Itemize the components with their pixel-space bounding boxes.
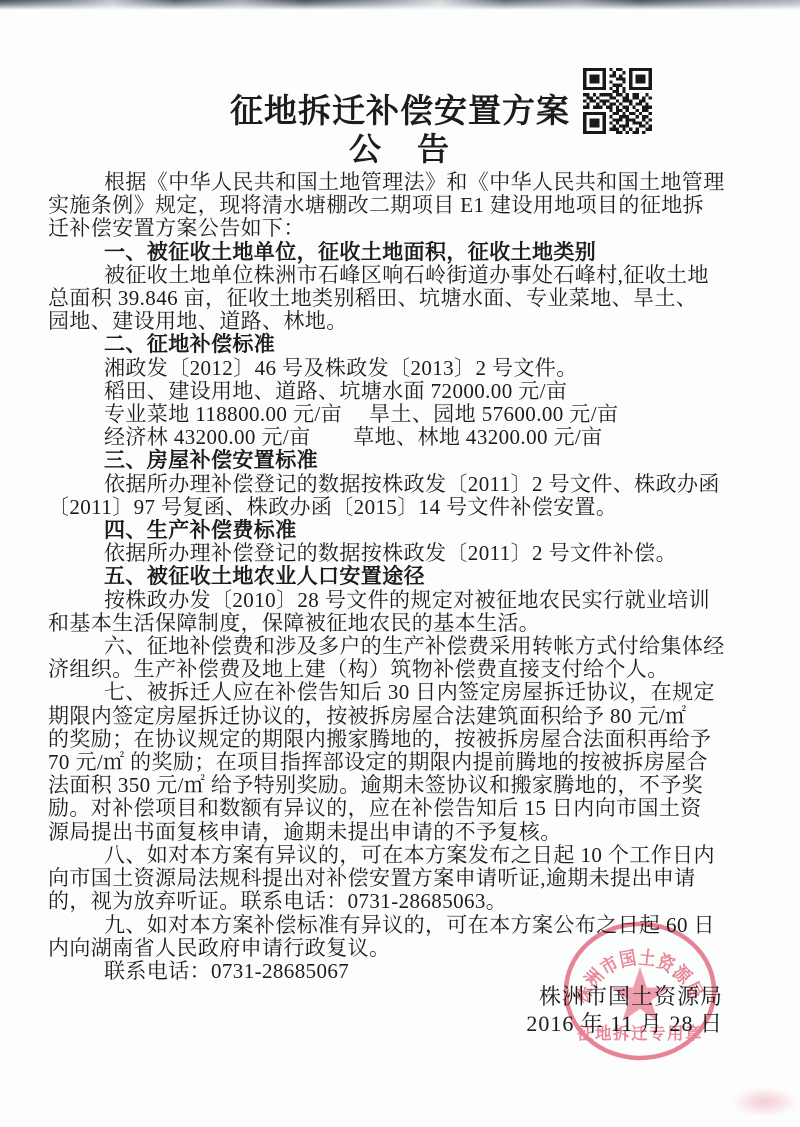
qr-module bbox=[636, 109, 639, 112]
qr-module bbox=[626, 125, 629, 128]
qr-module bbox=[593, 106, 596, 109]
qr-module bbox=[583, 121, 586, 124]
qr-module bbox=[636, 87, 639, 90]
qr-module bbox=[639, 68, 642, 71]
qr-module bbox=[645, 93, 648, 96]
qr-module bbox=[593, 68, 596, 71]
qr-module bbox=[622, 112, 625, 115]
qr-module bbox=[586, 87, 589, 90]
qr-module bbox=[613, 118, 616, 121]
qr-module bbox=[639, 103, 642, 106]
qr-module bbox=[616, 99, 619, 102]
qr-module bbox=[632, 131, 635, 134]
qr-module bbox=[649, 128, 652, 131]
qr-module bbox=[613, 112, 616, 115]
qr-code-icon bbox=[583, 68, 652, 134]
qr-module bbox=[642, 106, 645, 109]
stamp-bottom-text: 征地拆迁专用章 bbox=[577, 1023, 703, 1043]
qr-module bbox=[636, 115, 639, 118]
qr-module bbox=[642, 118, 645, 121]
document-line: 励。对补偿项目和数额有异议的，应在补偿告知后 15 日内向市国土资 bbox=[48, 797, 760, 820]
qr-module bbox=[649, 84, 652, 87]
qr-module bbox=[629, 71, 632, 74]
document-line: 七、被拆迁人应在补偿告知后 30 日内签定房屋拆迁协议，在规定 bbox=[48, 681, 760, 704]
document-line: 六、征地补偿费和涉及多户的生产补偿费采用转帐方式付给集体经 bbox=[48, 635, 760, 658]
qr-module bbox=[645, 103, 648, 106]
section-heading-line: 一、被征收土地单位，征收土地面积，征收土地类别 bbox=[48, 241, 760, 264]
document-line: 和基本生活保障制度，保障被征地农民的基本生活。 bbox=[48, 612, 760, 635]
qr-module bbox=[603, 118, 606, 121]
qr-module bbox=[616, 87, 619, 90]
qr-module bbox=[636, 77, 639, 80]
document-line: 法面积 350 元/㎡ 给予特别奖励。逾期未签协议和搬家腾地的，不予奖 bbox=[48, 774, 760, 797]
qr-module bbox=[593, 99, 596, 102]
qr-module bbox=[583, 77, 586, 80]
qr-module bbox=[586, 96, 589, 99]
document-line: 依据所办理补偿登记的数据按株政发〔2011〕2 号文件、株政办函 bbox=[48, 473, 760, 496]
qr-module bbox=[649, 68, 652, 71]
qr-module bbox=[586, 106, 589, 109]
qr-module bbox=[626, 106, 629, 109]
scanner-edge-artifact bbox=[0, 0, 800, 10]
qr-module bbox=[583, 84, 586, 87]
qr-module bbox=[622, 90, 625, 93]
qr-module bbox=[586, 68, 589, 71]
document-line: 按株政办发〔2010〕28 号文件的规定对被征地农民实行就业培训 bbox=[48, 589, 760, 612]
document-line: 期限内签定房屋拆迁协议的，按被拆房屋合法建筑面积给予 80 元/㎡ bbox=[48, 705, 760, 728]
qr-module bbox=[632, 106, 635, 109]
qr-module bbox=[596, 96, 599, 99]
qr-module bbox=[583, 93, 586, 96]
qr-module bbox=[622, 96, 625, 99]
section-heading-line: 五、被征收土地农业人口安置途径 bbox=[48, 565, 760, 588]
document-title: 征地拆迁补偿安置方案 bbox=[0, 93, 800, 131]
qr-module bbox=[609, 93, 612, 96]
qr-module bbox=[632, 87, 635, 90]
qr-module bbox=[616, 84, 619, 87]
qr-module bbox=[636, 68, 639, 71]
qr-module bbox=[626, 93, 629, 96]
qr-module bbox=[629, 87, 632, 90]
qr-module bbox=[609, 96, 612, 99]
qr-module bbox=[622, 77, 625, 80]
qr-module bbox=[583, 128, 586, 131]
qr-module bbox=[619, 93, 622, 96]
qr-module bbox=[583, 131, 586, 134]
qr-module bbox=[583, 125, 586, 128]
qr-module bbox=[622, 125, 625, 128]
qr-module bbox=[590, 81, 593, 84]
qr-module bbox=[645, 68, 648, 71]
document-subtitle: 公 告 bbox=[0, 131, 800, 167]
qr-module bbox=[609, 109, 612, 112]
document-line: 被征收土地单位株洲市石峰区响石岭街道办事处石峰村,征收土地 bbox=[48, 264, 760, 287]
qr-module bbox=[613, 84, 616, 87]
qr-module bbox=[590, 131, 593, 134]
qr-module bbox=[590, 112, 593, 115]
stamp-star-icon bbox=[612, 967, 669, 1021]
qr-module bbox=[613, 96, 616, 99]
qr-module bbox=[586, 93, 589, 96]
qr-module bbox=[642, 81, 645, 84]
qr-module bbox=[616, 109, 619, 112]
qr-module bbox=[583, 81, 586, 84]
qr-module bbox=[649, 96, 652, 99]
qr-module bbox=[596, 81, 599, 84]
document-line: 实施条例》规定，现将清水塘棚改二期项目 E1 建设用地项目的征地拆 bbox=[48, 194, 760, 217]
qr-module bbox=[619, 109, 622, 112]
qr-module bbox=[616, 128, 619, 131]
qr-module bbox=[642, 96, 645, 99]
qr-module bbox=[636, 74, 639, 77]
document-line: 总面积 39.846 亩，征收土地类别稻田、坑塘水面、专业菜地、旱土、 bbox=[48, 287, 760, 310]
qr-module bbox=[616, 106, 619, 109]
qr-module bbox=[603, 128, 606, 131]
qr-module bbox=[639, 112, 642, 115]
qr-module bbox=[629, 84, 632, 87]
qr-module bbox=[636, 103, 639, 106]
qr-module bbox=[583, 112, 586, 115]
qr-module bbox=[596, 106, 599, 109]
qr-module bbox=[596, 131, 599, 134]
qr-module bbox=[593, 121, 596, 124]
qr-module bbox=[616, 93, 619, 96]
qr-module bbox=[586, 112, 589, 115]
qr-module bbox=[622, 81, 625, 84]
qr-module bbox=[642, 77, 645, 80]
qr-module bbox=[649, 118, 652, 121]
qr-module bbox=[603, 112, 606, 115]
qr-module bbox=[603, 84, 606, 87]
qr-module bbox=[593, 81, 596, 84]
qr-module bbox=[609, 74, 612, 77]
qr-module bbox=[616, 112, 619, 115]
qr-module bbox=[622, 71, 625, 74]
qr-module bbox=[645, 121, 648, 124]
qr-module bbox=[590, 77, 593, 80]
qr-module bbox=[593, 87, 596, 90]
scanned-document-page: 征地拆迁补偿安置方案 公 告 根据《中华人民共和国土地管理法》和《中华人民共和国… bbox=[0, 0, 800, 1127]
qr-module bbox=[603, 93, 606, 96]
qr-module bbox=[609, 106, 612, 109]
document-line: 根据《中华人民共和国土地管理法》和《中华人民共和国土地管理 bbox=[48, 171, 760, 194]
qr-module bbox=[583, 71, 586, 74]
qr-module bbox=[642, 115, 645, 118]
document-line: 专业菜地 118800.00 元/亩 旱土、园地 57600.00 元/亩 bbox=[48, 403, 760, 426]
qr-module bbox=[616, 90, 619, 93]
qr-module bbox=[629, 128, 632, 131]
qr-module bbox=[596, 125, 599, 128]
qr-module bbox=[603, 103, 606, 106]
qr-module bbox=[636, 131, 639, 134]
qr-module bbox=[603, 115, 606, 118]
qr-module bbox=[603, 81, 606, 84]
qr-module bbox=[629, 118, 632, 121]
qr-module bbox=[606, 99, 609, 102]
qr-module bbox=[632, 121, 635, 124]
document-line: 迁补偿安置方案公告如下： bbox=[48, 217, 760, 240]
qr-module bbox=[649, 106, 652, 109]
qr-module bbox=[593, 74, 596, 77]
qr-module bbox=[642, 87, 645, 90]
qr-module bbox=[649, 125, 652, 128]
qr-module bbox=[632, 93, 635, 96]
qr-module bbox=[639, 74, 642, 77]
qr-module bbox=[622, 106, 625, 109]
document-line: 八、如对本方案有异议的，可在本方案发布之日起 10 个工作日内 bbox=[48, 844, 760, 867]
qr-module bbox=[593, 112, 596, 115]
qr-module bbox=[639, 121, 642, 124]
qr-module bbox=[649, 71, 652, 74]
qr-module bbox=[590, 121, 593, 124]
qr-module bbox=[599, 112, 602, 115]
section-heading-line: 四、生产补偿费标准 bbox=[48, 519, 760, 542]
qr-module bbox=[613, 128, 616, 131]
qr-module bbox=[629, 103, 632, 106]
qr-module bbox=[596, 87, 599, 90]
qr-module bbox=[632, 68, 635, 71]
qr-module bbox=[603, 71, 606, 74]
qr-module bbox=[645, 128, 648, 131]
qr-module bbox=[619, 74, 622, 77]
qr-module bbox=[649, 81, 652, 84]
qr-module bbox=[603, 131, 606, 134]
qr-module bbox=[626, 109, 629, 112]
qr-module bbox=[613, 71, 616, 74]
qr-module bbox=[603, 74, 606, 77]
qr-module bbox=[622, 115, 625, 118]
qr-module bbox=[606, 106, 609, 109]
document-body: 根据《中华人民共和国土地管理法》和《中华人民共和国土地管理实施条例》规定，现将清… bbox=[48, 171, 760, 983]
document-line: 70 元/㎡ 的奖励；在项目指挥部设定的期限内提前腾地的按被拆房屋合 bbox=[48, 751, 760, 774]
qr-module bbox=[626, 115, 629, 118]
document-line: 稻田、建设用地、道路、坑塘水面 72000.00 元/亩 bbox=[48, 380, 760, 403]
qr-module bbox=[599, 87, 602, 90]
qr-module bbox=[639, 81, 642, 84]
qr-module bbox=[603, 99, 606, 102]
qr-module bbox=[636, 81, 639, 84]
qr-module bbox=[632, 96, 635, 99]
qr-module bbox=[593, 77, 596, 80]
qr-module bbox=[619, 84, 622, 87]
official-stamp: 株洲市国土资源局 征地拆迁专用章 bbox=[562, 917, 718, 1065]
qr-module bbox=[622, 99, 625, 102]
qr-module bbox=[583, 87, 586, 90]
qr-module bbox=[609, 103, 612, 106]
document-line: 园地、建设用地、道路、林地。 bbox=[48, 310, 760, 333]
document-line: 向市国土资源局法规科提出对补偿安置方案申请听证,逾期未提出申请 bbox=[48, 867, 760, 890]
qr-module bbox=[629, 74, 632, 77]
document-line: 经济林 43200.00 元/亩 草地、林地 43200.00 元/亩 bbox=[48, 426, 760, 449]
qr-module bbox=[619, 118, 622, 121]
qr-module bbox=[616, 77, 619, 80]
qr-module bbox=[632, 118, 635, 121]
qr-module bbox=[613, 74, 616, 77]
qr-module bbox=[619, 68, 622, 71]
qr-module bbox=[613, 90, 616, 93]
qr-module bbox=[626, 121, 629, 124]
qr-module bbox=[626, 96, 629, 99]
qr-module bbox=[586, 103, 589, 106]
qr-module bbox=[586, 131, 589, 134]
qr-module bbox=[616, 118, 619, 121]
qr-module bbox=[649, 77, 652, 80]
qr-module bbox=[596, 103, 599, 106]
qr-module bbox=[639, 99, 642, 102]
qr-module bbox=[609, 121, 612, 124]
document-line: 〔2011〕97 号复函、株政办函〔2015〕14 号文件补偿安置。 bbox=[48, 496, 760, 519]
qr-module bbox=[629, 77, 632, 80]
qr-module bbox=[632, 112, 635, 115]
qr-module bbox=[645, 106, 648, 109]
qr-module bbox=[626, 131, 629, 134]
document-line: 源局提出书面复核申请，逾期未提出申请的不予复核。 bbox=[48, 821, 760, 844]
document-line: 的奖励；在协议规定的期限内搬家腾地的，按被拆房屋合法面积再给予 bbox=[48, 728, 760, 751]
qr-module bbox=[593, 125, 596, 128]
qr-module bbox=[639, 77, 642, 80]
qr-module bbox=[609, 115, 612, 118]
qr-module bbox=[596, 112, 599, 115]
qr-module bbox=[622, 128, 625, 131]
qr-module bbox=[590, 96, 593, 99]
qr-module bbox=[636, 121, 639, 124]
qr-module bbox=[590, 99, 593, 102]
qr-module bbox=[629, 81, 632, 84]
qr-module bbox=[629, 112, 632, 115]
qr-module bbox=[603, 121, 606, 124]
qr-module bbox=[613, 103, 616, 106]
qr-module bbox=[609, 128, 612, 131]
qr-module bbox=[619, 77, 622, 80]
qr-module bbox=[593, 118, 596, 121]
qr-module bbox=[626, 99, 629, 102]
qr-module bbox=[596, 118, 599, 121]
document-line: 济组织。生产补偿费及地上建（构）筑物补偿费直接支付给个人。 bbox=[48, 658, 760, 681]
qr-module bbox=[649, 74, 652, 77]
qr-module bbox=[642, 131, 645, 134]
qr-module bbox=[593, 93, 596, 96]
qr-module bbox=[603, 77, 606, 80]
qr-module bbox=[603, 87, 606, 90]
qr-module bbox=[619, 103, 622, 106]
qr-module bbox=[583, 118, 586, 121]
document-line: 依据所办理补偿登记的数据按株政发〔2011〕2 号文件补偿。 bbox=[48, 542, 760, 565]
qr-module bbox=[603, 125, 606, 128]
qr-module bbox=[642, 109, 645, 112]
section-heading-line: 三、房屋补偿安置标准 bbox=[48, 449, 760, 472]
qr-module bbox=[596, 68, 599, 71]
section-heading-line: 二、征地补偿标准 bbox=[48, 333, 760, 356]
qr-module bbox=[619, 125, 622, 128]
qr-module bbox=[583, 106, 586, 109]
qr-module bbox=[583, 68, 586, 71]
qr-module bbox=[626, 118, 629, 121]
qr-module bbox=[616, 68, 619, 71]
qr-module bbox=[616, 131, 619, 134]
qr-module bbox=[645, 87, 648, 90]
qr-module bbox=[636, 128, 639, 131]
qr-module bbox=[603, 68, 606, 71]
qr-module bbox=[599, 99, 602, 102]
qr-module bbox=[613, 125, 616, 128]
qr-module bbox=[645, 115, 648, 118]
qr-module bbox=[619, 115, 622, 118]
qr-module bbox=[619, 131, 622, 134]
qr-module bbox=[596, 77, 599, 80]
qr-module bbox=[629, 99, 632, 102]
qr-module bbox=[639, 125, 642, 128]
qr-module bbox=[642, 125, 645, 128]
qr-module bbox=[593, 131, 596, 134]
qr-module bbox=[596, 121, 599, 124]
qr-module bbox=[590, 125, 593, 128]
qr-module bbox=[609, 87, 612, 90]
qr-module bbox=[636, 96, 639, 99]
document-line: 湘政发〔2012〕46 号及株政发〔2013〕2 号文件。 bbox=[48, 357, 760, 380]
qr-module bbox=[609, 68, 612, 71]
qr-module bbox=[642, 68, 645, 71]
document-line: 的，视为放弃听证。联系电话：0731-28685063。 bbox=[48, 890, 760, 913]
qr-module bbox=[590, 118, 593, 121]
qr-module bbox=[583, 74, 586, 77]
qr-module bbox=[583, 115, 586, 118]
qr-module bbox=[622, 87, 625, 90]
qr-module bbox=[645, 109, 648, 112]
qr-module bbox=[642, 74, 645, 77]
qr-module bbox=[599, 131, 602, 134]
qr-module bbox=[590, 87, 593, 90]
qr-module bbox=[609, 81, 612, 84]
qr-module bbox=[606, 93, 609, 96]
qr-module bbox=[590, 68, 593, 71]
qr-module bbox=[639, 87, 642, 90]
qr-module bbox=[596, 74, 599, 77]
qr-module bbox=[599, 106, 602, 109]
qr-module bbox=[616, 121, 619, 124]
qr-module bbox=[649, 87, 652, 90]
qr-module bbox=[649, 112, 652, 115]
qr-module bbox=[599, 68, 602, 71]
qr-module bbox=[599, 93, 602, 96]
stamp-ink-smudge bbox=[733, 1088, 797, 1116]
qr-module bbox=[583, 99, 586, 102]
qr-module bbox=[636, 93, 639, 96]
qr-module bbox=[590, 74, 593, 77]
qr-module bbox=[642, 99, 645, 102]
qr-module bbox=[629, 68, 632, 71]
